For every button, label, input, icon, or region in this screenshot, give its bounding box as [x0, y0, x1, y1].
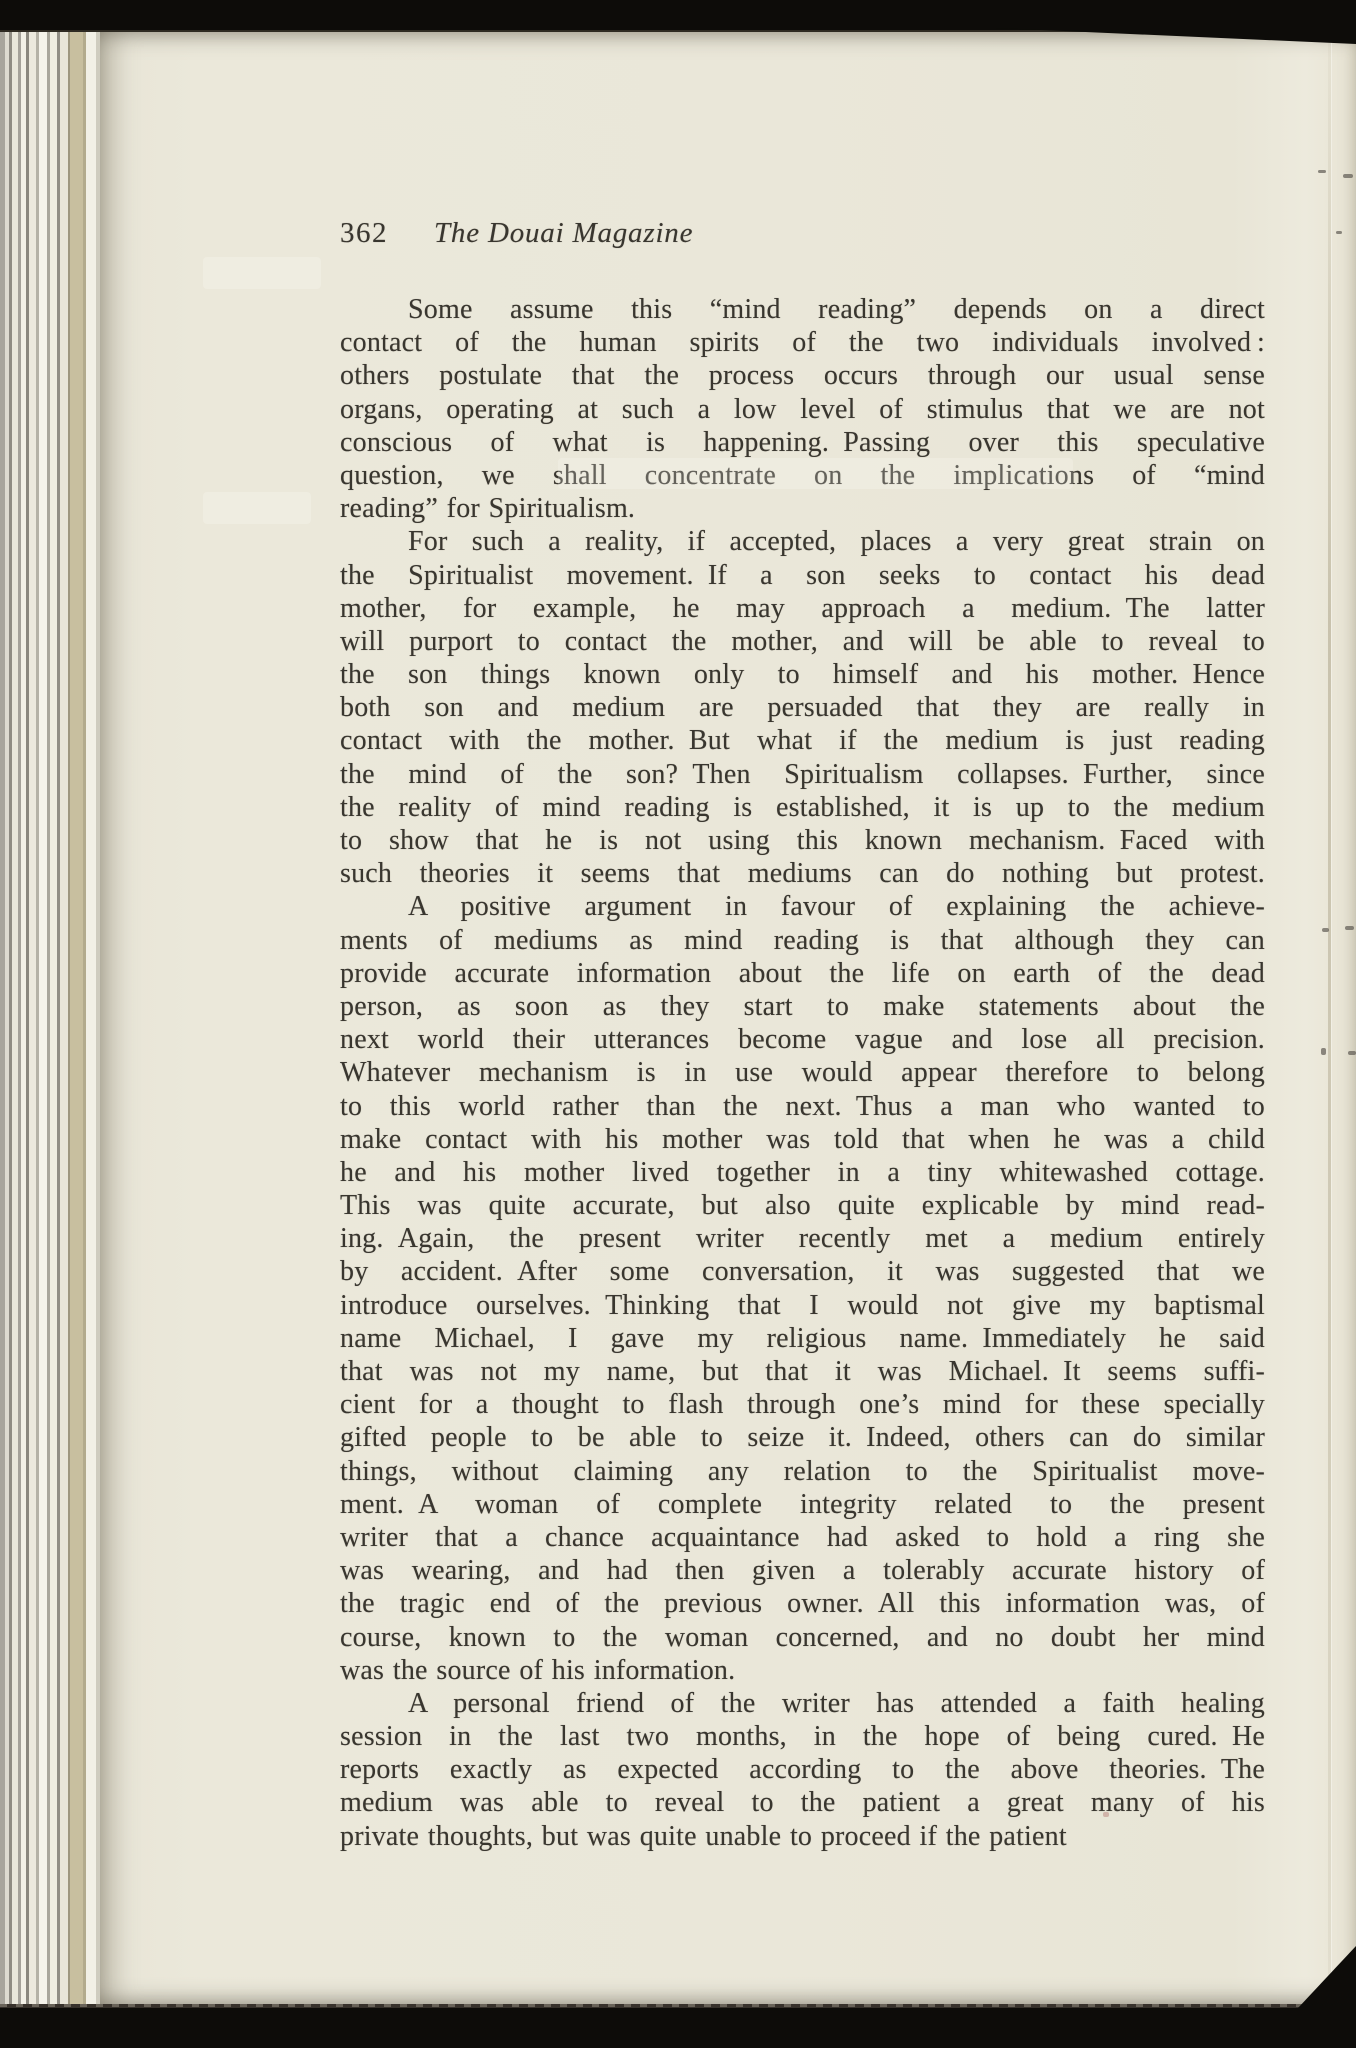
text-line: contact of the human spirits of the two …: [340, 326, 1265, 359]
text-line: private thoughts, but was quite unable t…: [340, 1820, 1265, 1853]
text-line: that was not my name, but that it was Mi…: [340, 1355, 1265, 1388]
scan-speck: [1103, 1812, 1109, 1817]
text-line: to this world rather than the next. Thus…: [340, 1090, 1265, 1123]
text-line: next world their utterances become vague…: [340, 1023, 1265, 1056]
scan-speck: [1343, 174, 1353, 178]
book-page: 362 The Douai Magazine Some assume this …: [100, 30, 1356, 2004]
scan-speck: [1321, 1048, 1326, 1055]
text-line: ment. A woman of complete integrity rela…: [340, 1488, 1265, 1521]
text-line: will purport to contact the mother, and …: [340, 625, 1265, 658]
scan-flare-artifact: [203, 257, 321, 289]
text-line: things, without claiming any relation to…: [340, 1455, 1265, 1488]
text-line: Some assume this “mind reading” depends …: [340, 293, 1265, 326]
scan-speck: [1348, 1051, 1356, 1055]
book-page-edges: [0, 30, 100, 2004]
text-line: Whatever mechanism is in use would appea…: [340, 1056, 1265, 1089]
text-line: the son things known only to himself and…: [340, 658, 1265, 691]
page-gutter-crease: [1328, 30, 1331, 2004]
text-line: by accident. After some conversation, it…: [340, 1255, 1265, 1288]
scan-flare-artifact: [203, 492, 311, 524]
text-line: was the source of his information.: [340, 1654, 1265, 1687]
text-line: was wearing, and had then given a tolera…: [340, 1554, 1265, 1587]
paragraph: A personal friend of the writer has atte…: [340, 1687, 1265, 1853]
text-line: conscious of what is happening. Passing …: [340, 426, 1265, 459]
text-line: others postulate that the process occurs…: [340, 359, 1265, 392]
text-line: reading” for Spiritualism.: [340, 492, 1265, 525]
text-line: session in the last two months, in the h…: [340, 1720, 1265, 1753]
page-text: Some assume this “mind reading” depends …: [340, 293, 1265, 1853]
text-line: the Spiritualist movement. If a son seek…: [340, 559, 1265, 592]
text-line: person, as soon as they start to make st…: [340, 990, 1265, 1023]
running-header: 362 The Douai Magazine: [340, 216, 1265, 250]
text-line: introduce ourselves. Thinking that I wou…: [340, 1289, 1265, 1322]
page-number: 362: [340, 216, 388, 250]
scan-speck: [1322, 928, 1329, 932]
text-line: name Michael, I gave my religious name. …: [340, 1322, 1265, 1355]
text-line: A positive argument in favour of explain…: [340, 890, 1265, 923]
text-line: the reality of mind reading is establish…: [340, 791, 1265, 824]
text-line: course, known to the woman concerned, an…: [340, 1621, 1265, 1654]
scan-flare-artifact: [558, 458, 1073, 489]
text-line: This was quite accurate, but also quite …: [340, 1189, 1265, 1222]
text-line: cient for a thought to flash through one…: [340, 1388, 1265, 1421]
scan-speck: [1345, 926, 1354, 930]
text-line: the mind of the son? Then Spiritualism c…: [340, 758, 1265, 791]
book-cover-top-edge: [0, 0, 1356, 32]
text-line: the tragic end of the previous owner. Al…: [340, 1587, 1265, 1620]
scan-speck: [1336, 231, 1342, 234]
text-line: organs, operating at such a low level of…: [340, 393, 1265, 426]
text-line: both son and medium are persuaded that t…: [340, 691, 1265, 724]
text-line: he and his mother lived together in a ti…: [340, 1156, 1265, 1189]
scan-speck: [1318, 170, 1326, 173]
text-line: gifted people to be able to seize it. In…: [340, 1421, 1265, 1454]
text-line: such theories it seems that mediums can …: [340, 857, 1265, 890]
text-line: make contact with his mother was told th…: [340, 1123, 1265, 1156]
text-line: ments of mediums as mind reading is that…: [340, 924, 1265, 957]
scanned-book-photo: 362 The Douai Magazine Some assume this …: [0, 0, 1356, 2048]
text-line: reports exactly as expected according to…: [340, 1753, 1265, 1786]
text-line: writer that a chance acquaintance had as…: [340, 1521, 1265, 1554]
paragraph: Some assume this “mind reading” depends …: [340, 293, 1265, 525]
paragraph: For such a reality, if accepted, places …: [340, 525, 1265, 890]
text-line: to show that he is not using this known …: [340, 824, 1265, 857]
text-line: medium was able to reveal to the patient…: [340, 1786, 1265, 1819]
text-line: ing. Again, the present writer recently …: [340, 1222, 1265, 1255]
paragraph: A positive argument in favour of explain…: [340, 890, 1265, 1687]
book-cover-bottom-edge: [0, 2004, 1356, 2048]
text-line: A personal friend of the writer has atte…: [340, 1687, 1265, 1720]
text-line: provide accurate information about the l…: [340, 957, 1265, 990]
text-line: mother, for example, he may approach a m…: [340, 592, 1265, 625]
journal-title: The Douai Magazine: [434, 216, 693, 250]
text-line: contact with the mother. But what if the…: [340, 724, 1265, 757]
text-line: For such a reality, if accepted, places …: [340, 525, 1265, 558]
